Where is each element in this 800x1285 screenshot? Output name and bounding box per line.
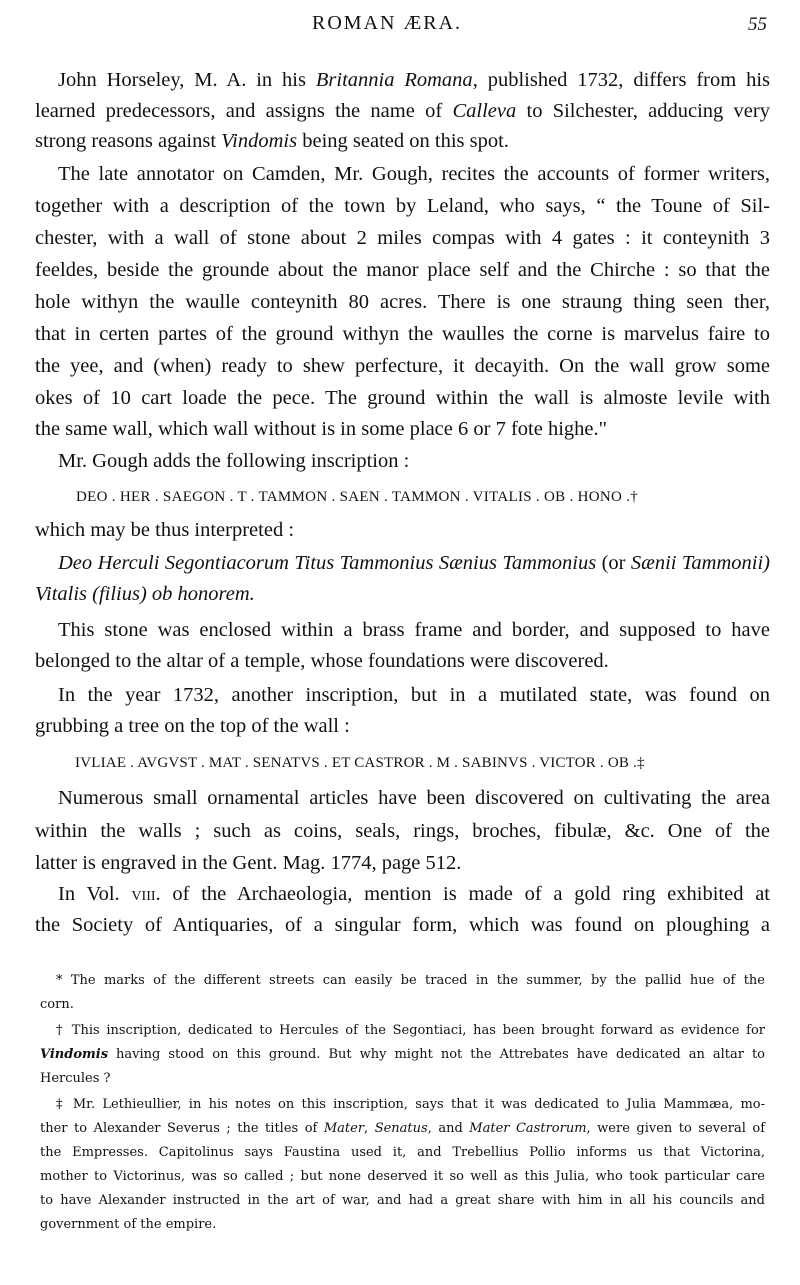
body-line: that in certen partes of the ground with… [35, 322, 770, 346]
footnote-line: * The marks of the different streets can… [56, 971, 765, 991]
body-line: feeldes, beside the grounde about the ma… [35, 258, 770, 282]
footnote-line: government of the empire. [40, 1215, 765, 1235]
body-line: Mr. Gough adds the following inscription… [58, 449, 770, 473]
interpretation-line: Deo Herculi Segontiacorum Titus Tammoniu… [58, 551, 770, 575]
footnote-line: mother to Victorinus, was so called ; bu… [40, 1167, 765, 1187]
body-line: grubbing a tree on the top of the wall : [35, 714, 770, 738]
body-line: the same wall, which wall without is in … [35, 417, 770, 441]
body-line: chester, with a wall of stone about 2 mi… [35, 226, 770, 250]
body-line: This stone was enclosed within a brass f… [58, 618, 770, 642]
footnote-line: ther to Alexander Severus ; the titles o… [40, 1119, 765, 1139]
footnote-line: ‡ Mr. Lethieullier, in his notes on this… [56, 1095, 765, 1115]
footnote-line: the Empresses. Capitolinus says Faustina… [40, 1143, 765, 1163]
body-line: John Horseley, M. A. in his Britannia Ro… [58, 68, 770, 92]
footnote-line: Hercules ? [40, 1069, 765, 1089]
inscription: IVLIAE . AVGVST . MAT . SENATVS . ET CAS… [75, 751, 645, 775]
body-line: learned predecessors, and assigns the na… [35, 99, 770, 123]
body-line: together with a description of the town … [35, 194, 770, 218]
body-line: belonged to the altar of a temple, whose… [35, 649, 770, 673]
body-line: strong reasons against Vindomis being se… [35, 129, 770, 153]
interpretation-line: Vitalis (filius) ob honorem. [35, 582, 770, 606]
body-line: The late annotator on Camden, Mr. Gough,… [58, 162, 770, 186]
body-line: In the year 1732, another inscription, b… [58, 683, 770, 707]
body-line: Numerous small ornamental articles have … [58, 786, 770, 810]
footnote-line: Vindomis having stood on this ground. Bu… [40, 1045, 765, 1065]
footnote-line: to have Alexander instructed in the art … [40, 1191, 765, 1211]
body-line: hole withyn the waulle conteynith 80 acr… [35, 290, 770, 314]
book-page: ROMAN ÆRA. 55 John Horseley, M. A. in hi… [0, 0, 800, 1285]
body-line: okes of 10 cart loade the pece. The grou… [35, 386, 770, 410]
body-line: In Vol. viii. of the Archaeologia, menti… [58, 882, 770, 906]
running-title: ROMAN ÆRA. [312, 12, 462, 35]
body-line: latter is engraved in the Gent. Mag. 177… [35, 851, 770, 875]
body-line: which may be thus interpreted : [35, 518, 770, 542]
footnote-line: corn. [40, 995, 765, 1015]
inscription: DEO . HER . SAEGON . T . TAMMON . SAEN .… [76, 485, 638, 509]
footnote-line: † This inscription, dedicated to Hercule… [56, 1021, 765, 1041]
body-line: the yee, and (when) ready to shew perfec… [35, 354, 770, 378]
running-head: ROMAN ÆRA. 55 [0, 12, 800, 42]
page-number: 55 [748, 14, 767, 36]
body-line: within the walls ; such as coins, seals,… [35, 819, 770, 843]
body-line: the Society of Antiquaries, of a singula… [35, 913, 770, 937]
